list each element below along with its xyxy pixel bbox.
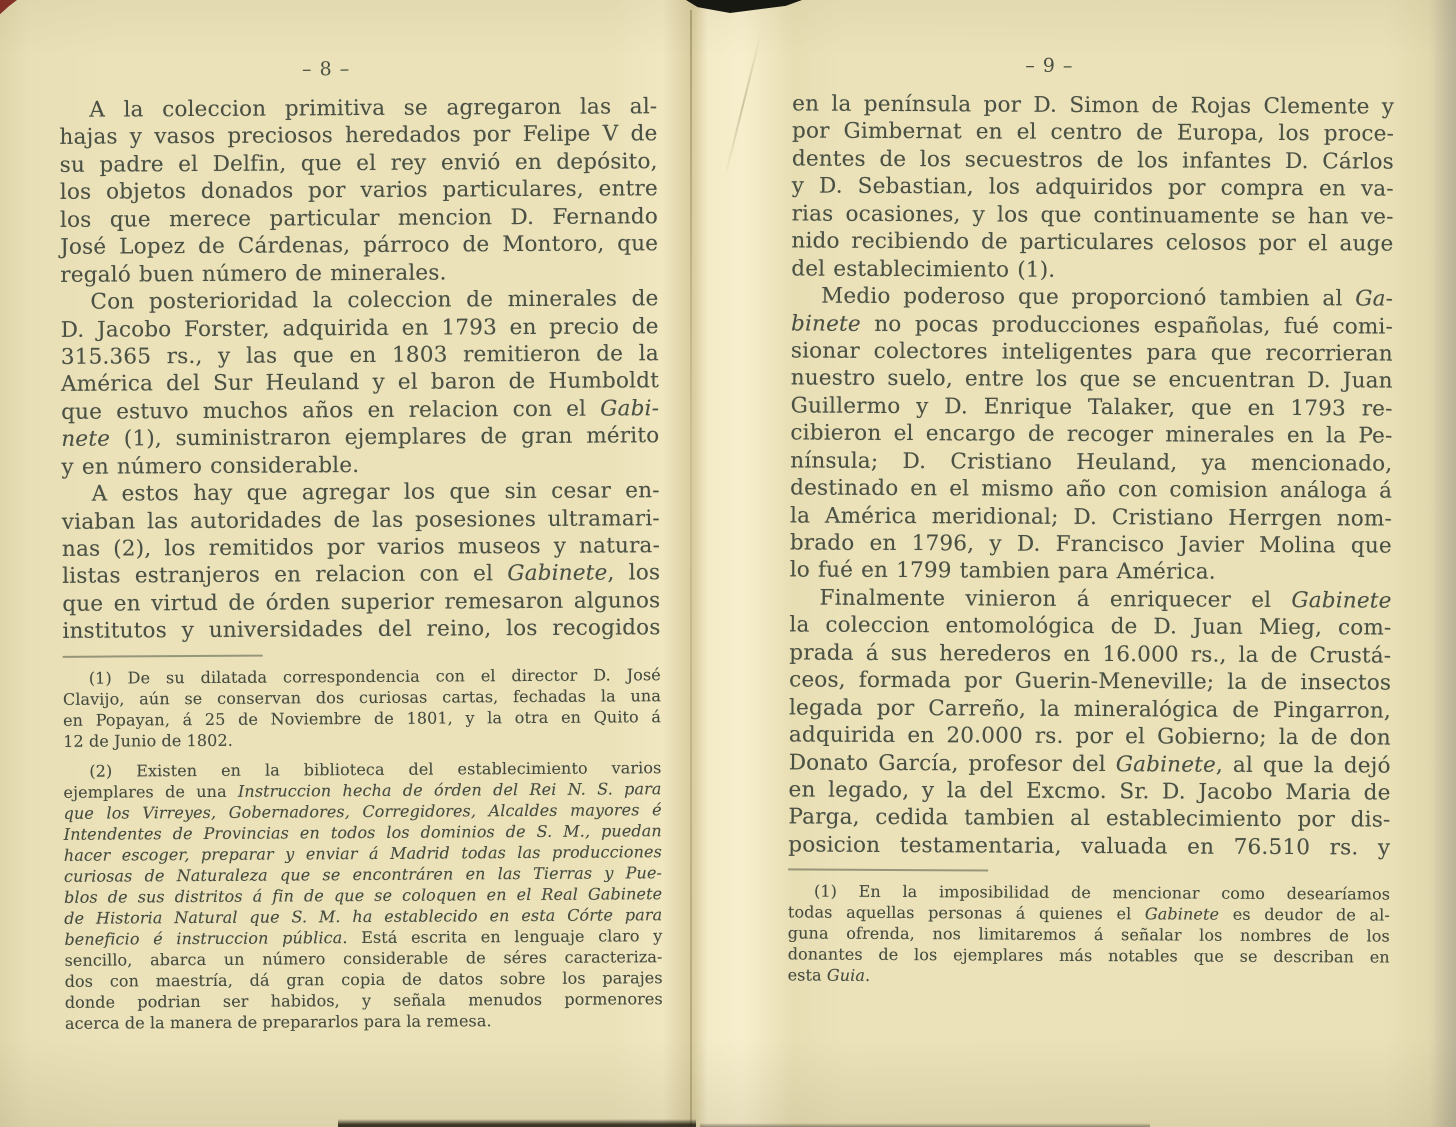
text-line: la coleccion entomológica de D. Juan Mie… [789, 612, 1391, 643]
left-footnote-separator [63, 654, 263, 657]
corner-red-mark [0, 0, 17, 15]
text-line: posicion testamentaria, valuada en 76.51… [788, 831, 1390, 862]
right-footnote-separator [788, 869, 988, 872]
left-page-footnotes: (1) De su dilatada correspondencia con e… [63, 664, 663, 1034]
text-line: binete no pocas producciones españolas, … [791, 310, 1393, 341]
text-line: ceos, formada por Guerin-Meneville; la d… [789, 667, 1391, 698]
text-line: A la coleccion primitiva se agregaron la… [59, 93, 657, 124]
paragraph: Con posterioridad la coleccion de minera… [60, 285, 659, 481]
text-line: rias ocasiones, y los que continuamente … [792, 200, 1394, 231]
bottom-edge-shadow [338, 1119, 696, 1127]
paragraph: Medio poderoso que proporcionó tambien a… [790, 282, 1394, 587]
paragraph: Finalmente vinieron á enriquecer el Gabi… [788, 584, 1391, 862]
text-line: regaló buen número de minerales. [60, 258, 658, 289]
text-line: que en virtud de órden superior remesaro… [62, 587, 660, 618]
text-line: D. Jacobo Forster, adquirida en 1793 en … [61, 313, 659, 344]
text-line: Medio poderoso que proporcionó tambien a… [791, 282, 1393, 313]
text-line: nuestro suelo, entre los que se encuentr… [791, 365, 1393, 396]
text-line: por Gimbernat en el centro de Europa, lo… [792, 118, 1394, 149]
text-line: del establecimiento (1). [791, 255, 1393, 286]
text-line: brado en 1796, y D. Francisco Javier Mol… [790, 529, 1392, 560]
text-line: y D. Sebastian, los adquiridos por compr… [792, 173, 1394, 204]
book-scan: – 8 – A la coleccion primitiva se agrega… [0, 0, 1456, 1127]
text-line: viaban las autoridades de las posesiones… [62, 505, 660, 536]
text-line: cibieron el encargo de recoger minerales… [790, 420, 1392, 451]
text-line: nínsula; D. Cristiano Heuland, ya mencio… [790, 447, 1392, 478]
text-line: esta Guia. [788, 965, 1390, 989]
text-line: José Lopez de Cárdenas, párroco de Monto… [60, 230, 658, 261]
text-line: destinado en el mismo año con comision a… [790, 475, 1392, 506]
text-line: en legado, y la del Excmo. Sr. D. Jacobo… [789, 776, 1391, 807]
text-line: lo fué en 1799 tambien para América. [790, 557, 1392, 588]
paragraph: en la península por D. Simon de Rojas Cl… [791, 90, 1394, 285]
text-line: institutos y universidades del reino, lo… [62, 614, 660, 645]
page-edge-shade [1430, 0, 1456, 1127]
paragraph: A la coleccion primitiva se agregaron la… [59, 93, 658, 289]
text-line: 12 de Junio de 1802. [63, 727, 661, 752]
right-page-footnotes: (1) En la imposibilidad de mencionar com… [788, 881, 1391, 989]
paragraph: (1) En la imposibilidad de mencionar com… [788, 881, 1391, 989]
text-line: en Popayan, á 25 de Noviembre de 1801, y… [63, 706, 661, 731]
text-line: Finalmente vinieron á enriquecer el Gabi… [790, 584, 1392, 615]
text-line: y en número considerable. [61, 450, 659, 481]
text-line: nido recibiendo de particulares celosos … [791, 228, 1393, 259]
text-line: los que merece particular mencion D. Fer… [60, 203, 658, 234]
paper-wrinkle [724, 32, 762, 178]
text-line: América del Sur Heuland y el baron de Hu… [61, 368, 659, 399]
right-page: – 9 – en la península por D. Simon de Ro… [788, 53, 1395, 988]
text-line: prada á sus herederos en 16.000 rs., la … [789, 639, 1391, 670]
text-line: legada por Carreño, la mineralógica de P… [789, 694, 1391, 725]
text-line: Con posterioridad la coleccion de minera… [60, 285, 658, 316]
text-line: dentes de los secuestros de los infantes… [792, 145, 1394, 176]
text-line: listas estranjeros en relacion con el Ga… [62, 560, 660, 591]
text-line: 315.365 rs., y las que en 1803 remitiero… [61, 340, 659, 371]
text-line: A estos hay que agregar los que sin cesa… [62, 477, 660, 508]
right-page-body: en la península por D. Simon de Rojas Cl… [788, 90, 1394, 861]
text-line: en la península por D. Simon de Rojas Cl… [792, 90, 1394, 121]
text-line: Guillermo y D. Enrique Talaker, que en 1… [791, 392, 1393, 423]
paragraph: A estos hay que agregar los que sin cesa… [62, 477, 661, 645]
left-page-number: – 8 – [27, 56, 625, 82]
left-page: – 8 – A la coleccion primitiva se agrega… [59, 56, 663, 1033]
text-line: la América meridional; D. Cristiano Herr… [790, 502, 1392, 533]
text-line: donde podrian ser habidos, y señala menu… [65, 988, 663, 1013]
bottom-edge-shadow-thin [700, 1123, 1150, 1127]
text-line: nete (1), suministraron ejemplares de gr… [61, 422, 659, 453]
text-line: Parga, cedida tambien al establecimiento… [788, 804, 1390, 835]
paragraph: (2) Existen en la biblioteca del estable… [63, 757, 663, 1034]
text-line: que estuvo muchos años en relacion con e… [61, 395, 659, 426]
text-line: los objetos donados por varios particula… [60, 175, 658, 206]
right-page-number: – 9 – [748, 53, 1350, 78]
paragraph: (1) De su dilatada correspondencia con e… [63, 664, 662, 752]
left-page-body: A la coleccion primitiva se agregaron la… [59, 93, 660, 645]
text-line: Donato García, profesor del Gabinete, al… [789, 749, 1391, 780]
gutter-crease [690, 10, 692, 1127]
text-line: nas (2), los remitidos por varios museos… [62, 532, 660, 563]
text-line: adquirida en 20.000 rs. por el Gobierno;… [789, 721, 1391, 752]
text-line: donantes de los ejemplares más notables … [788, 944, 1390, 968]
binding-shadow [686, 0, 802, 13]
text-line: hajas y vasos preciosos heredados por Fe… [59, 121, 657, 152]
text-line: su padre el Delfin, que el rey envió en … [60, 148, 658, 179]
text-line: sionar colectores inteligentes para que … [791, 337, 1393, 368]
text-line: acerca de la manera de prepararlos para … [65, 1009, 663, 1034]
